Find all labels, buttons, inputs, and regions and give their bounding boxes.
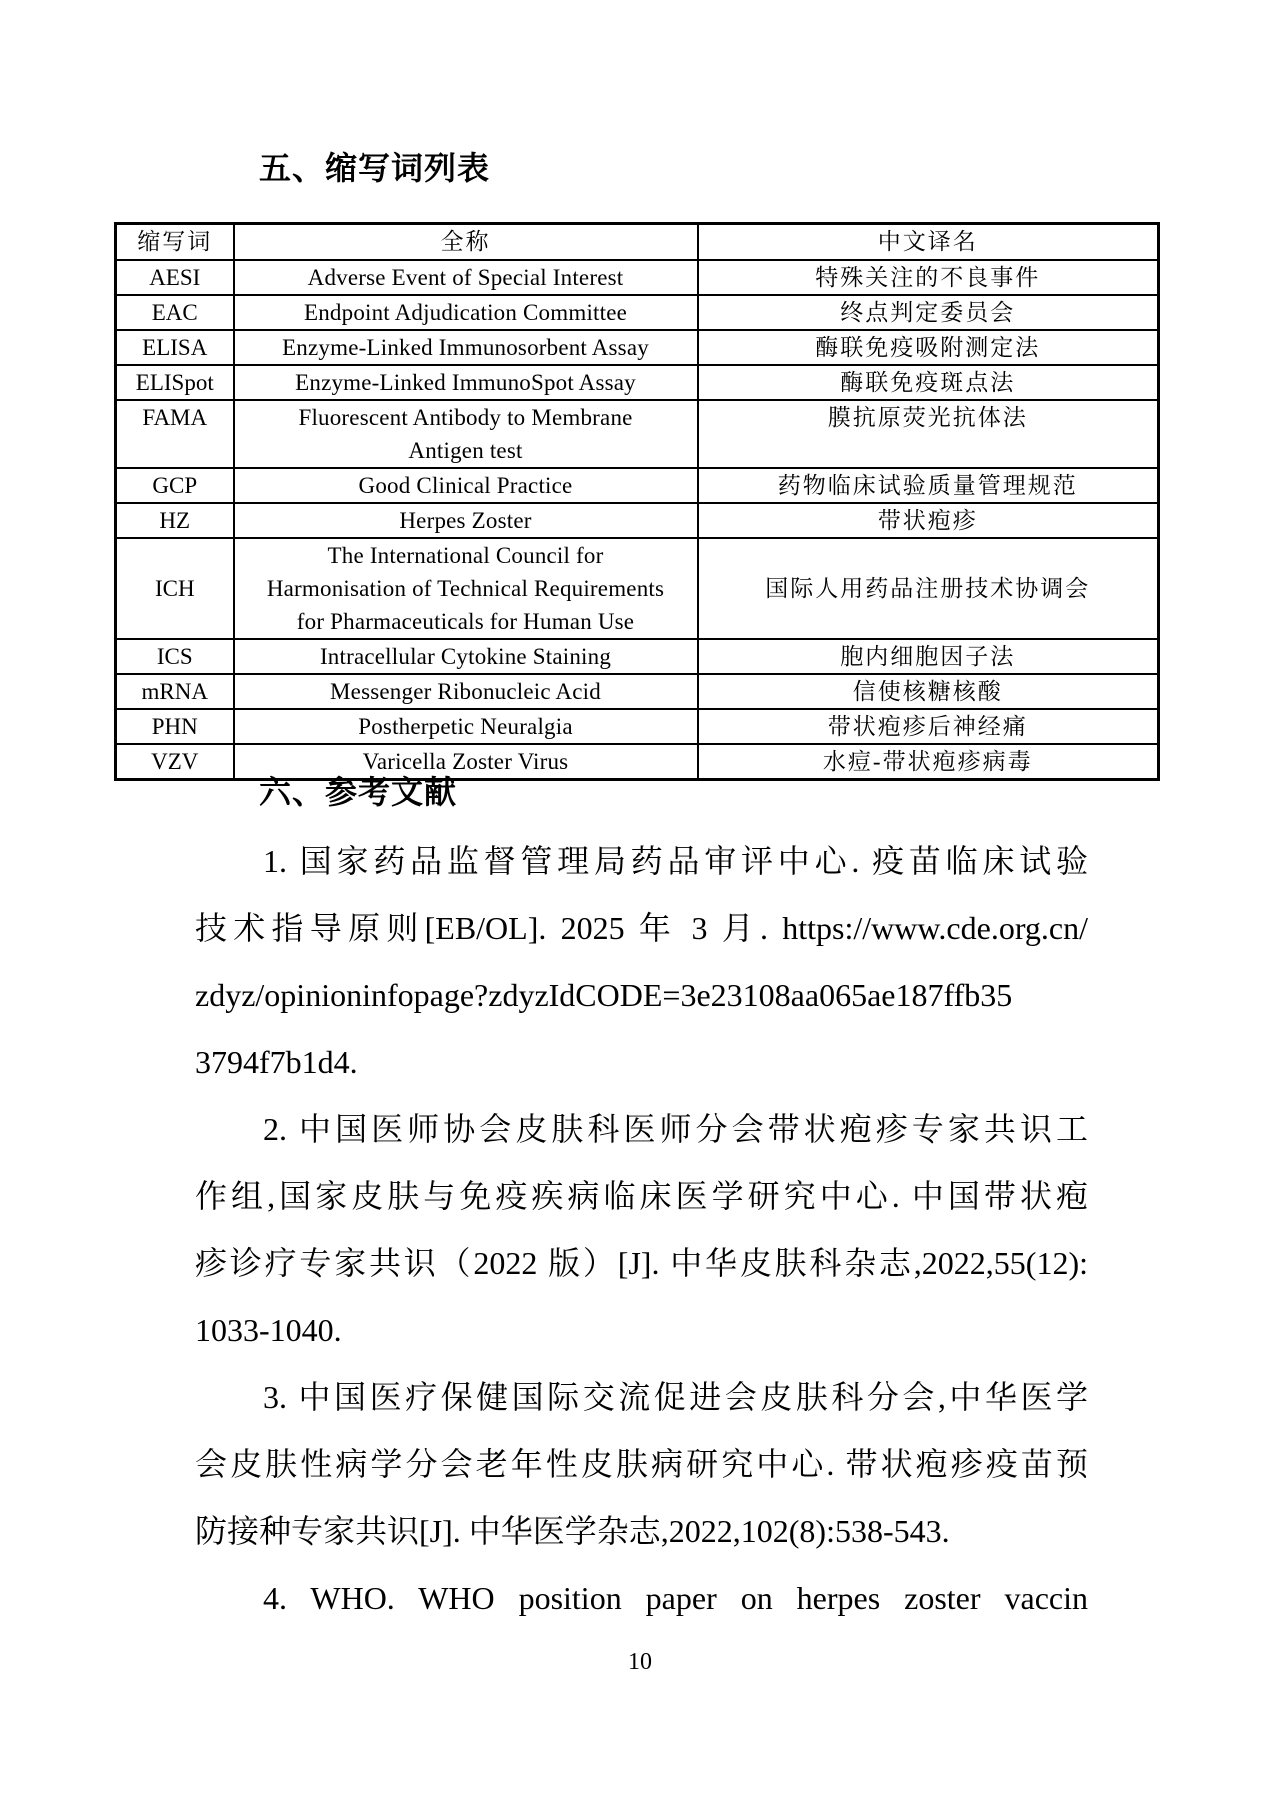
cell-abbr: mRNA [116,674,234,709]
cell-abbr: ELISA [116,330,234,365]
cell-abbr: FAMA [116,400,234,468]
table-row: EACEndpoint Adjudication Committee终点判定委员… [116,295,1159,330]
reference-line: 1. 国家药品监督管理局药品审评中心. 疫苗临床试验 [195,828,1088,895]
cell-chinese: 酶联免疫吸附测定法 [698,330,1159,365]
cell-fullname: Good Clinical Practice [234,468,698,503]
table-row: FAMAFluorescent Antibody to Membrane Ant… [116,400,1159,468]
reference-line: 疹诊疗专家共识（2022 版）[J]. 中华皮肤科杂志,2022,55(12): [195,1230,1088,1297]
cell-abbr: AESI [116,260,234,295]
cell-chinese: 信使核糖核酸 [698,674,1159,709]
cell-abbr: PHN [116,709,234,744]
table-row: ELISpotEnzyme-Linked ImmunoSpot Assay酶联免… [116,365,1159,400]
abbreviation-table: 缩写词 全称 中文译名 AESIAdverse Event of Special… [114,222,1160,781]
cell-fullname: Intracellular Cytokine Staining [234,639,698,674]
table-row: ICSIntracellular Cytokine Staining胞内细胞因子… [116,639,1159,674]
section6-title: 六、参考文献 [259,772,457,812]
reference-line: 3. 中国医疗保健国际交流促进会皮肤科分会,中华医学 [195,1364,1088,1431]
cell-chinese: 药物临床试验质量管理规范 [698,468,1159,503]
table-row: ELISAEnzyme-Linked Immunosorbent Assay酶联… [116,330,1159,365]
table-header-row: 缩写词 全称 中文译名 [116,224,1159,261]
reference-line: 1033-1040. [195,1297,1088,1364]
references-block: 1. 国家药品监督管理局药品审评中心. 疫苗临床试验技术指导原则[EB/OL].… [195,828,1088,1632]
cell-abbr: EAC [116,295,234,330]
reference-line: 4. WHO. WHO position paper on herpes zos… [195,1565,1088,1632]
cell-abbr: ELISpot [116,365,234,400]
cell-chinese: 终点判定委员会 [698,295,1159,330]
cell-abbr: GCP [116,468,234,503]
cell-chinese: 酶联免疫斑点法 [698,365,1159,400]
cell-chinese: 膜抗原荧光抗体法 [698,400,1159,468]
cell-fullname: Herpes Zoster [234,503,698,538]
cell-abbr: ICS [116,639,234,674]
cell-chinese: 水痘-带状疱疹病毒 [698,744,1159,780]
reference-line: 2. 中国医师协会皮肤科医师分会带状疱疹专家共识工 [195,1096,1088,1163]
cell-abbr: VZV [116,744,234,780]
cell-abbr: HZ [116,503,234,538]
cell-fullname: The International Council for Harmonisat… [234,538,698,639]
cell-chinese: 国际人用药品注册技术协调会 [698,538,1159,639]
document-page: 五、缩写词列表 缩写词 全称 中文译名 AESIAdverse Event of… [0,0,1280,1810]
cell-fullname: Endpoint Adjudication Committee [234,295,698,330]
header-abbr: 缩写词 [116,224,234,261]
table-row: HZHerpes Zoster带状疱疹 [116,503,1159,538]
cell-chinese: 胞内细胞因子法 [698,639,1159,674]
table-row: GCPGood Clinical Practice药物临床试验质量管理规范 [116,468,1159,503]
cell-fullname: Enzyme-Linked Immunosorbent Assay [234,330,698,365]
cell-fullname: Postherpetic Neuralgia [234,709,698,744]
cell-chinese: 特殊关注的不良事件 [698,260,1159,295]
reference-line: 防接种专家共识[J]. 中华医学杂志,2022,102(8):538-543. [195,1498,1088,1565]
cell-fullname: Messenger Ribonucleic Acid [234,674,698,709]
section5-title: 五、缩写词列表 [259,148,490,188]
cell-abbr: ICH [116,538,234,639]
table-row: mRNAMessenger Ribonucleic Acid信使核糖核酸 [116,674,1159,709]
cell-fullname: Adverse Event of Special Interest [234,260,698,295]
table-row: AESIAdverse Event of Special Interest特殊关… [116,260,1159,295]
reference-line: 作组,国家皮肤与免疫疾病临床医学研究中心. 中国带状疱 [195,1163,1088,1230]
cell-fullname: Enzyme-Linked ImmunoSpot Assay [234,365,698,400]
reference-line: 会皮肤性病学分会老年性皮肤病研究中心. 带状疱疹疫苗预 [195,1431,1088,1498]
cell-fullname: Fluorescent Antibody to Membrane Antigen… [234,400,698,468]
cell-chinese: 带状疱疹后神经痛 [698,709,1159,744]
reference-line: zdyz/opinioninfopage?zdyzIdCODE=3e23108a… [195,962,1088,1029]
reference-line: 3794f7b1d4. [195,1029,1088,1096]
table-row: PHNPostherpetic Neuralgia带状疱疹后神经痛 [116,709,1159,744]
cell-chinese: 带状疱疹 [698,503,1159,538]
table-row: ICHThe International Council for Harmoni… [116,538,1159,639]
header-chinese: 中文译名 [698,224,1159,261]
reference-line: 技术指导原则[EB/OL]. 2025 年 3 月. https://www.c… [195,895,1088,962]
page-number: 10 [0,1648,1280,1676]
header-fullname: 全称 [234,224,698,261]
